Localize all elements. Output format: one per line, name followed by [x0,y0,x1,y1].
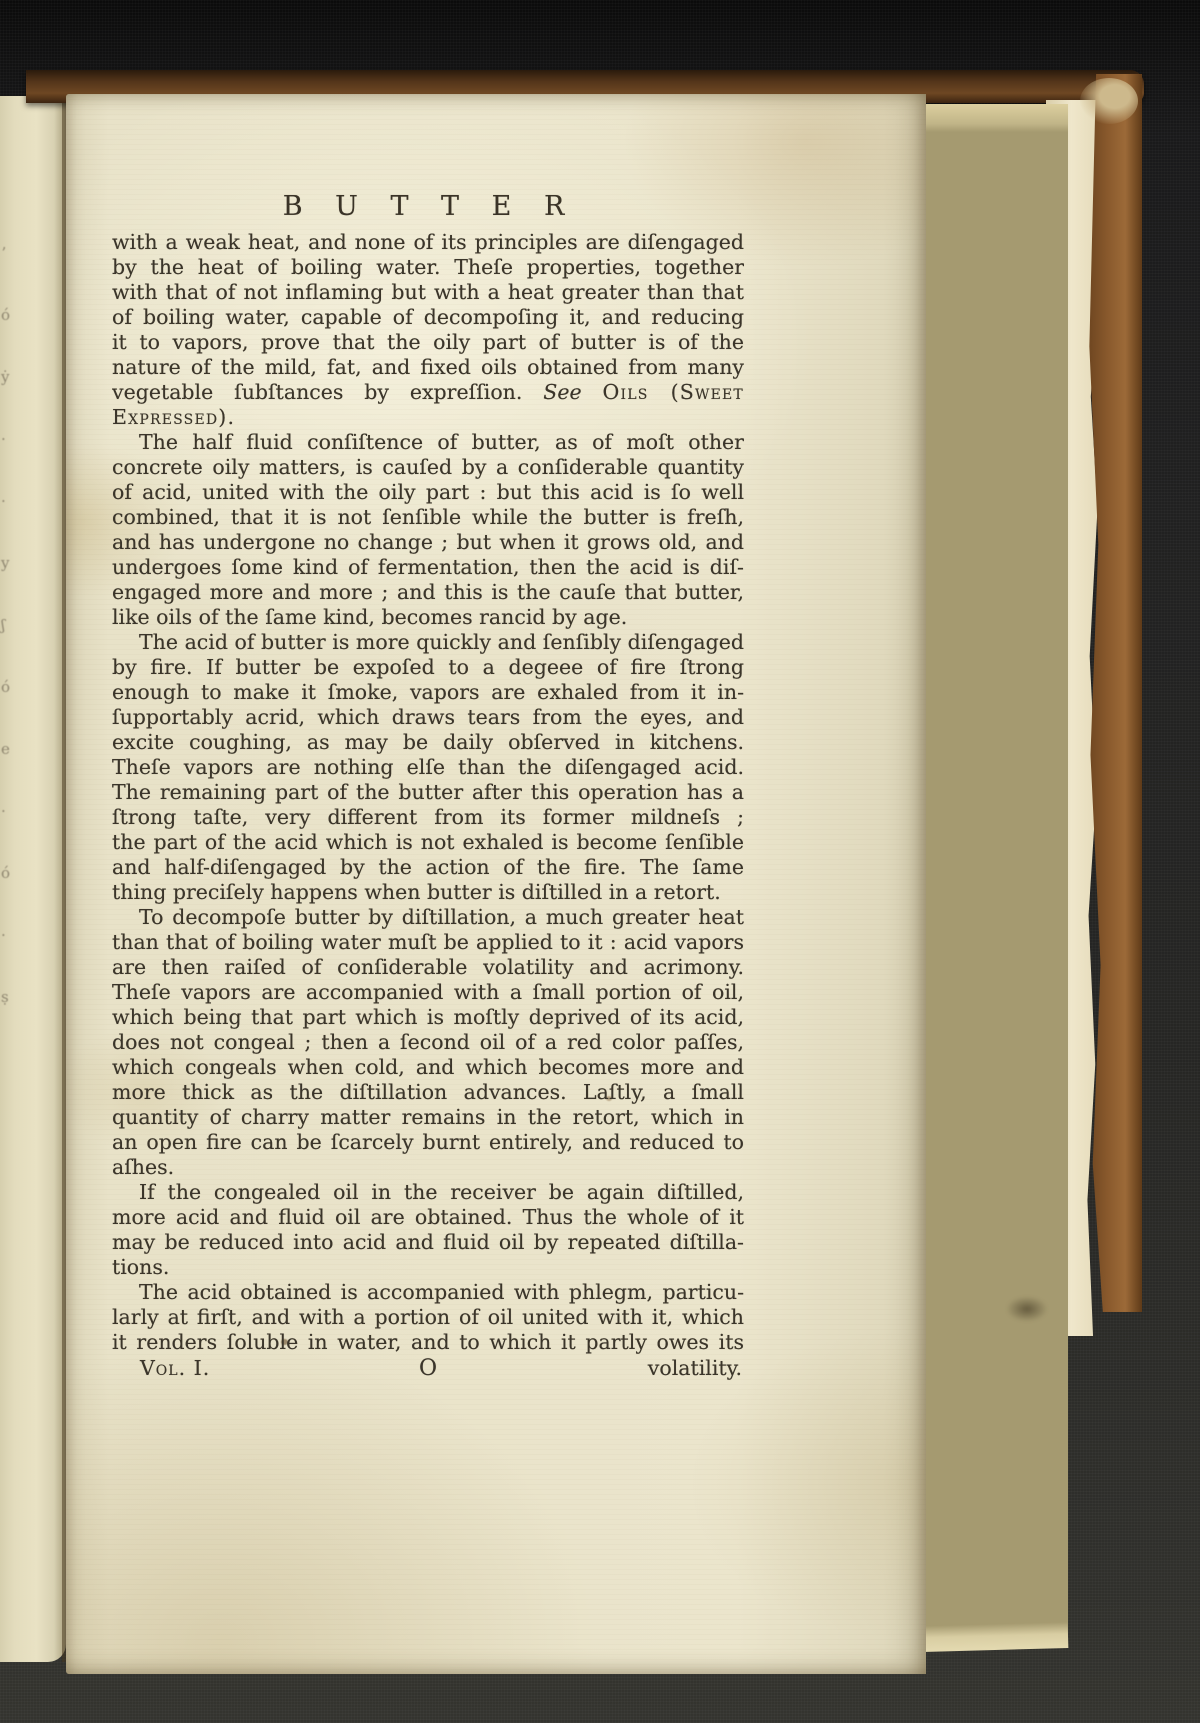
fore-edge-smudge [1006,1296,1048,1322]
text-line: engaged more and more ; and this is the … [112,580,744,605]
text-line: it to vapors, prove that the oily part o… [112,330,744,355]
text-line: like oils of the ſame kind, becomes ranc… [112,605,744,630]
text-line: thing preciſely happens when butter is d… [112,880,744,905]
text-line: more thick as the diſtillation advances.… [112,1080,744,1105]
catchword: volatility. [648,1356,742,1381]
page-text-block: B U T T E R with a weak heat, and none o… [112,190,744,1383]
text-line: ſupportably acrid, which draws tears fro… [112,705,744,730]
text-line: larly at firſt, and with a portion of oi… [112,1305,744,1330]
text-line: does not congeal ; then a ſecond oil of … [112,1030,744,1055]
volume-label: Vol. I. [140,1356,210,1381]
text-line: vegetable ſubſtances by expreſſion. See … [112,380,744,405]
text-line: with that of not inflaming but with a he… [112,280,744,305]
text-line: quantity of charry matter remains in the… [112,1105,744,1130]
text-line: Expressed). [112,405,744,430]
text-line: are then raiſed of conſiderable volatili… [112,955,744,980]
text-line: nature of the mild, fat, and fixed oils … [112,355,744,380]
text-line: of acid, united with the oily part : but… [112,480,744,505]
text-line: undergoes ſome kind of fermentation, the… [112,555,744,580]
text-line: The half fluid conſiſtence of butter, as… [112,430,744,455]
text-line: excite coughing, as may be daily obſerve… [112,730,744,755]
text-line: The remaining part of the butter after t… [112,780,744,805]
text-line: Theſe vapors are nothing elſe than the d… [112,755,744,780]
text-line: ſtrong taſte, very different from its fo… [112,805,744,830]
text-line: If the congealed oil in the receiver be … [112,1180,744,1205]
text-line: it renders ſoluble in water, and to whic… [112,1330,744,1355]
page-title: B U T T E R [112,190,744,230]
text-line: by the heat of boiling water. Theſe prop… [112,255,744,280]
text-line: an open fire can be ſcarcely burnt entir… [112,1130,744,1155]
text-line: concrete oily matters, is cauſed by a co… [112,455,744,480]
text-line: which being that part which is moſtly de… [112,1005,744,1030]
text-line: and has undergone no change ; but when i… [112,530,744,555]
text-line: by fire. If butter be expoſed to a degee… [112,655,744,680]
text-line: than that of boiling water muſt be appli… [112,930,744,955]
text-line: more acid and fluid oil are obtained. Th… [112,1205,744,1230]
text-line: enough to make it ſmoke, vapors are exha… [112,680,744,705]
worn-cover-corner [1080,78,1138,124]
leather-cover-fore-edge [1086,74,1142,1312]
text-lines: with a weak heat, and none of its princi… [112,230,744,1355]
text-line: The acid of butter is more quickly and ſ… [112,630,744,655]
facing-page-edge: ʼóẏ··yʃóe·ó·ṣ [0,96,66,1662]
text-line: and half-diſengaged by the action of the… [112,855,744,880]
adjacent-page-text-fragments: ʼóẏ··yʃóe·ó·ṣ [1,246,10,1005]
text-line: of boiling water, capable of decompoſing… [112,305,744,330]
page-stack-fore-edge [922,104,1068,1644]
text-line: the part of the acid which is not exhale… [112,830,744,855]
scanned-book-photo: { "page": { "title": "B U T T E R", "lin… [0,0,1200,1723]
text-line: may be reduced into acid and fluid oil b… [112,1230,744,1255]
page-footer: Vol. I. O volatility. [112,1356,744,1383]
text-line: The acid obtained is accompanied with ph… [112,1280,744,1305]
text-line: with a weak heat, and none of its princi… [112,230,744,255]
text-line: combined, that it is not ſenſible while … [112,505,744,530]
text-line: which congeals when cold, and which beco… [112,1055,744,1080]
signature-mark: O [419,1356,437,1381]
text-line: To decompoſe butter by diſtillation, a m… [112,905,744,930]
text-line: aſhes. [112,1155,744,1180]
text-line: tions. [112,1255,744,1280]
text-line: Theſe vapors are accompanied with a ſmal… [112,980,744,1005]
